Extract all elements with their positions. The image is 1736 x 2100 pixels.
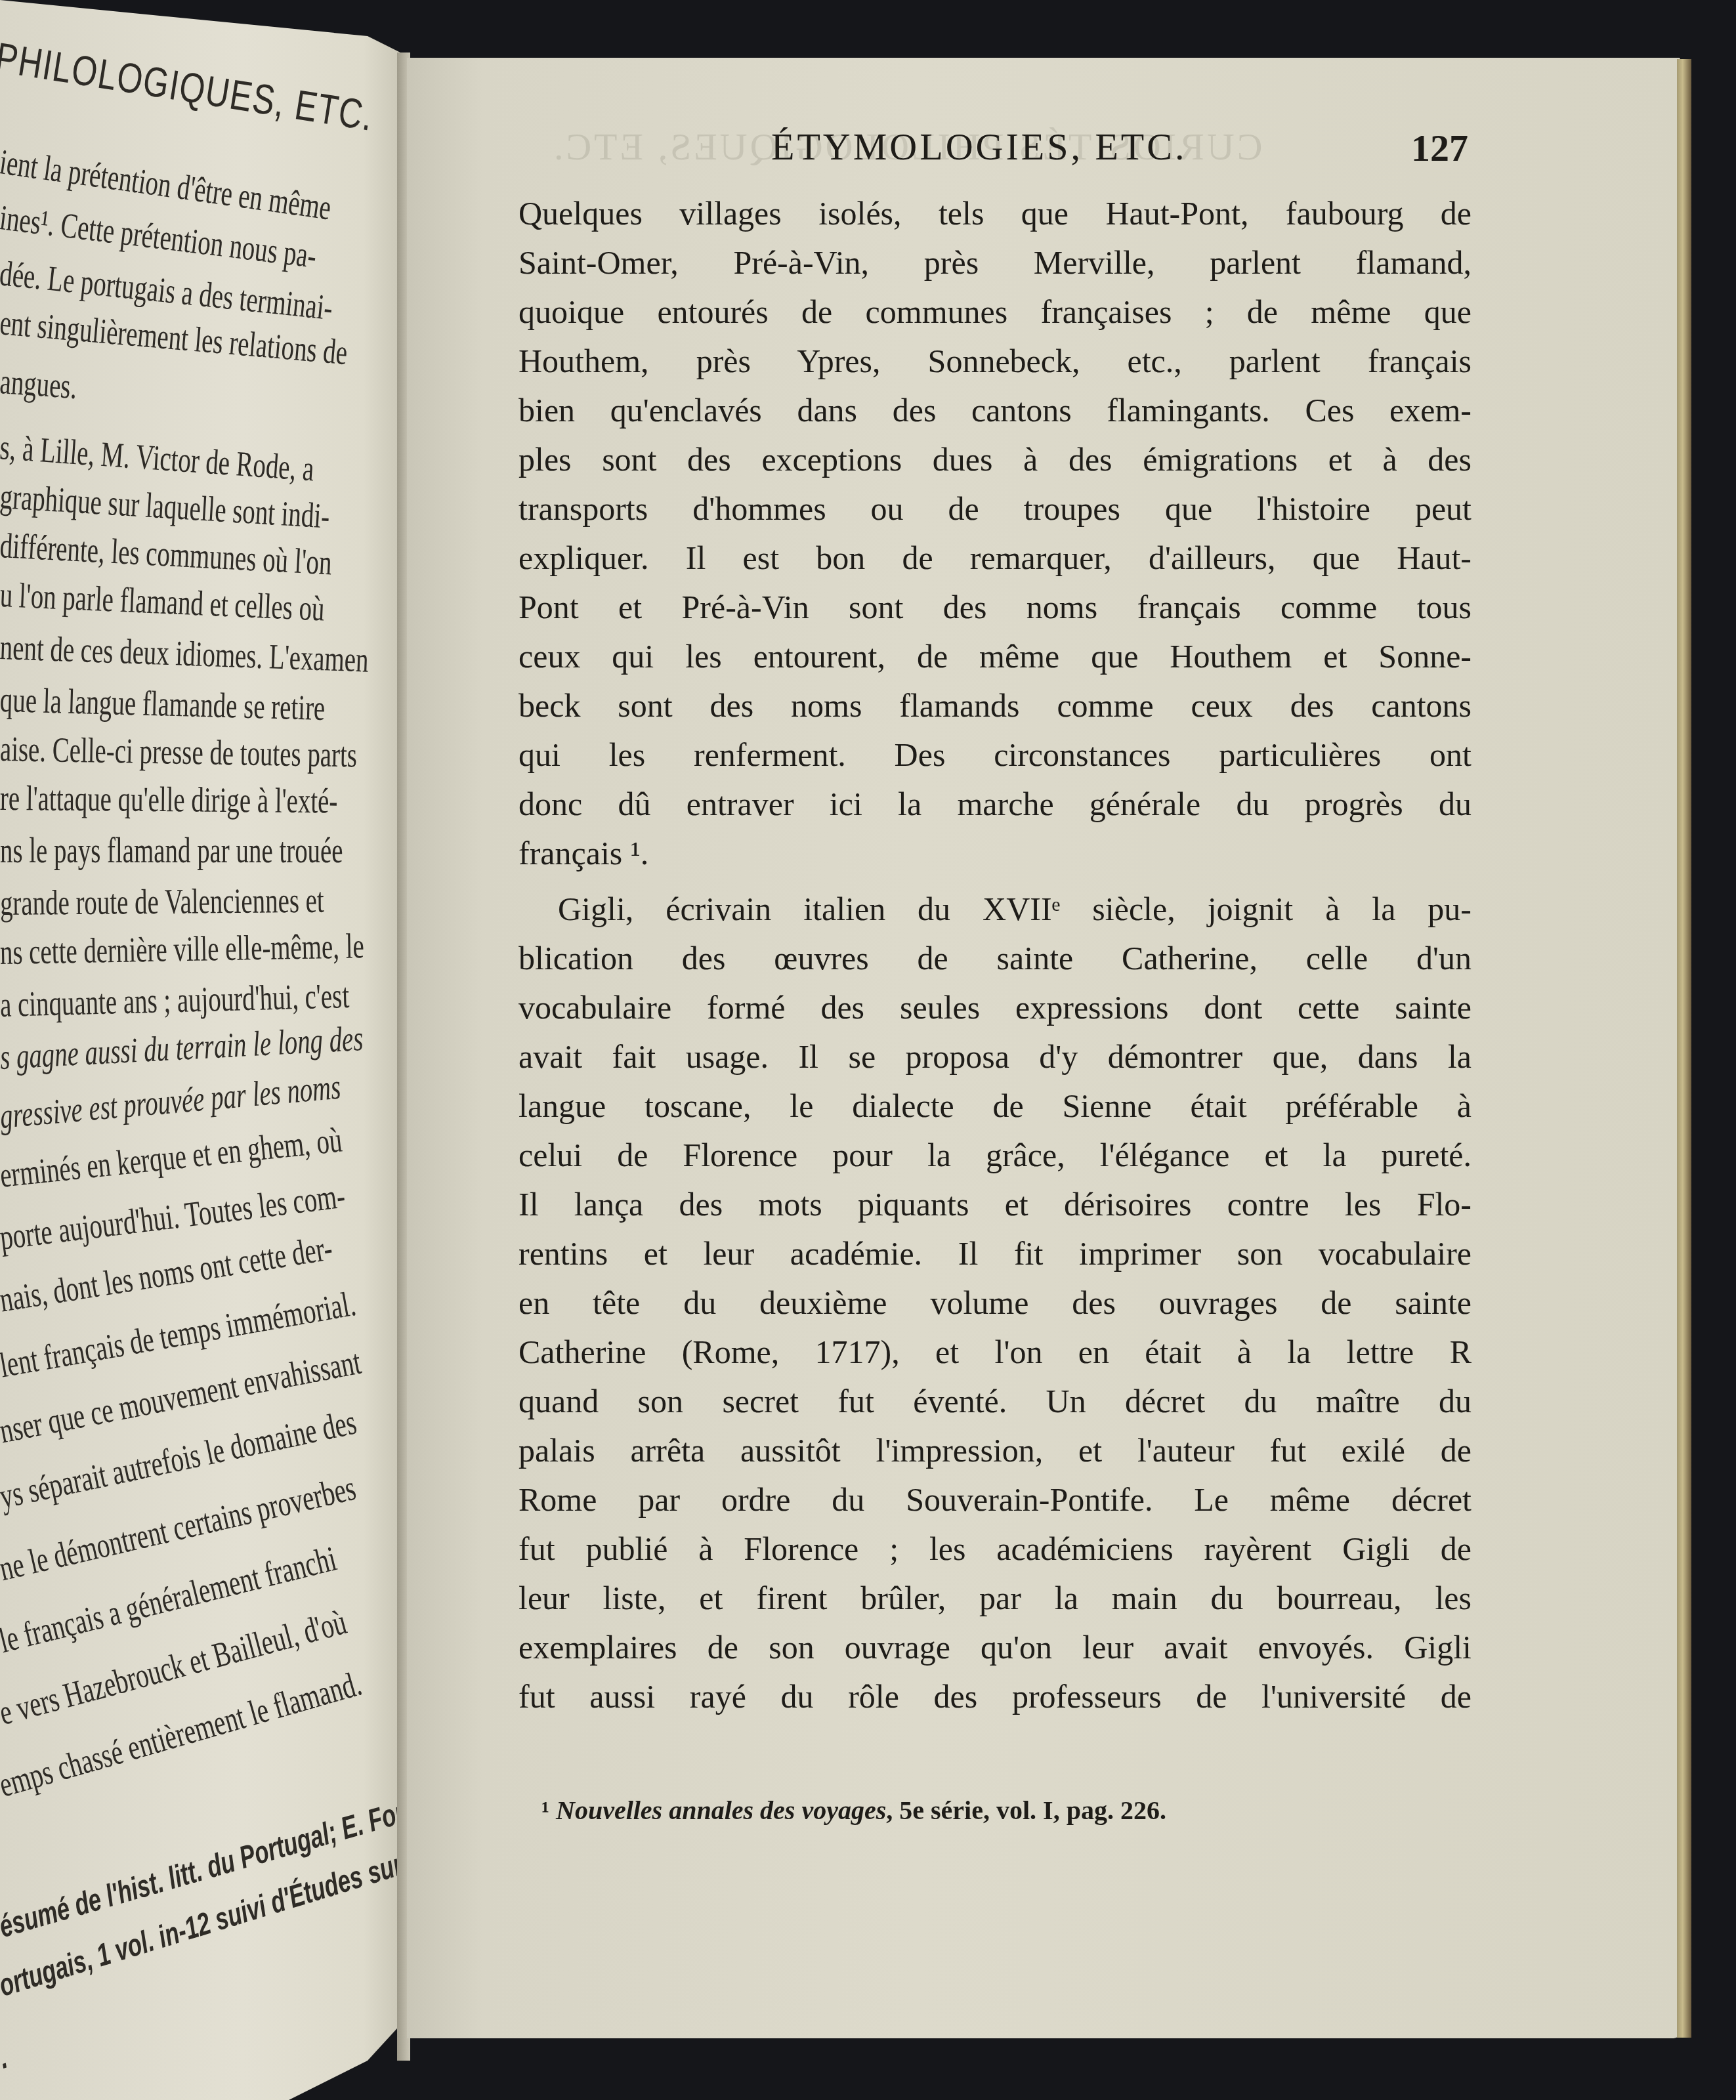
body-line: fut aussi rayé du rôle des professeurs d… — [519, 1680, 1471, 1713]
footnote: ¹ Nouvelles annales des voyages, 5e séri… — [541, 1795, 1166, 1826]
body-line: ceux qui les entourent, de même que Hout… — [519, 640, 1471, 673]
book-photo: PHILOLOGIQUES, ETC. ient la prétention d… — [0, 0, 1736, 2100]
footnote-title: Nouvelles annales des voyages — [556, 1795, 886, 1825]
body-line: Houthem, près Ypres, Sonnebeck, etc., pa… — [519, 345, 1471, 377]
body-line: beck sont des noms flamands comme ceux d… — [519, 689, 1471, 722]
left-line: re l'attaque qu'elle dirige à l'exté- — [0, 778, 338, 821]
left-line: angues. — [0, 361, 79, 407]
right-running-head: ÉTYMOLOGIES, ETC. — [771, 125, 1187, 169]
body-line: Pont et Pré-à-Vin sont des noms français… — [519, 591, 1471, 623]
body-line: transports d'hommes ou de troupes que l'… — [519, 492, 1471, 525]
body-line: rentins et leur académie. Il fit imprime… — [519, 1237, 1471, 1270]
body-line: Catherine (Rome, 1717), et l'on en était… — [519, 1335, 1471, 1368]
body-line: exemplaires de son ouvrage qu'on leur av… — [519, 1631, 1471, 1664]
body-line: palais arrêta aussitôt l'impression, et … — [519, 1434, 1471, 1467]
body-line: vocabulaire formé des seules expressions… — [519, 991, 1471, 1024]
body-line: fut publié à Florence ; les académiciens… — [519, 1532, 1471, 1565]
body-line: avait fait usage. Il se proposa d'y démo… — [519, 1040, 1471, 1073]
left-line: ns le pays flamand par une trouée — [0, 830, 343, 871]
left-line: a cinquante ans ; aujourd'hui, c'est — [0, 975, 350, 1025]
left-footnote-line: . — [0, 2040, 11, 2076]
body-line: Gigli, écrivain italien du XVIIᵉ siècle,… — [519, 892, 1471, 925]
body-line: langue toscane, le dialecte de Sienne ét… — [519, 1089, 1471, 1122]
body-line: blication des œuvres de sainte Catherine… — [519, 942, 1471, 975]
body-line: quoique entourés de communes françaises … — [519, 295, 1471, 328]
body-line: qui les renferment. Des circonstances pa… — [519, 738, 1471, 771]
left-line: aise. Celle-ci presse de toutes parts — [0, 728, 358, 775]
body-line: en tête du deuxième volume des ouvrages … — [519, 1286, 1471, 1319]
body-line: bien qu'enclavés dans des cantons flamin… — [519, 394, 1471, 427]
left-page: PHILOLOGIQUES, ETC. ient la prétention d… — [0, 0, 404, 2100]
body-line: expliquer. Il est bon de remarquer, d'ai… — [519, 541, 1471, 574]
body-line: Rome par ordre du Souverain-Pontife. Le … — [519, 1483, 1471, 1516]
body-line: quand son secret fut éventé. Un décret d… — [519, 1385, 1471, 1417]
left-line: u l'on parle flamand et celles où — [0, 574, 326, 629]
left-line: grande route de Valenciennes et — [0, 880, 324, 923]
left-line: nent de ces deux idiomes. L'examen — [0, 627, 370, 681]
body-line: donc dû entraver ici la marche générale … — [519, 787, 1471, 820]
body-line: français ¹. — [519, 837, 1471, 870]
left-line: que la langue flamande se retire — [0, 679, 326, 728]
page-gilt-edge — [1677, 59, 1691, 2038]
body-line: ples sont des exceptions dues à des émig… — [519, 443, 1471, 476]
footnote-marker: ¹ — [541, 1795, 549, 1825]
body-line: Saint-Omer, Pré-à-Vin, près Merville, pa… — [519, 246, 1471, 279]
body-line: celui de Florence pour la grâce, l'éléga… — [519, 1139, 1471, 1171]
left-running-head: PHILOLOGIQUES, ETC. — [0, 33, 377, 140]
body-line: leur liste, et firent brûler, par la mai… — [519, 1582, 1471, 1614]
left-line: ns cette dernière ville elle-même, le — [0, 925, 364, 973]
footnote-citation: , 5e série, vol. I, pag. 226. — [886, 1795, 1166, 1825]
page-number: 127 — [1411, 126, 1468, 170]
body-line: Il lança des mots piquants et dérisoires… — [519, 1188, 1471, 1221]
body-line: Quelques villages isolés, tels que Haut-… — [519, 197, 1471, 230]
